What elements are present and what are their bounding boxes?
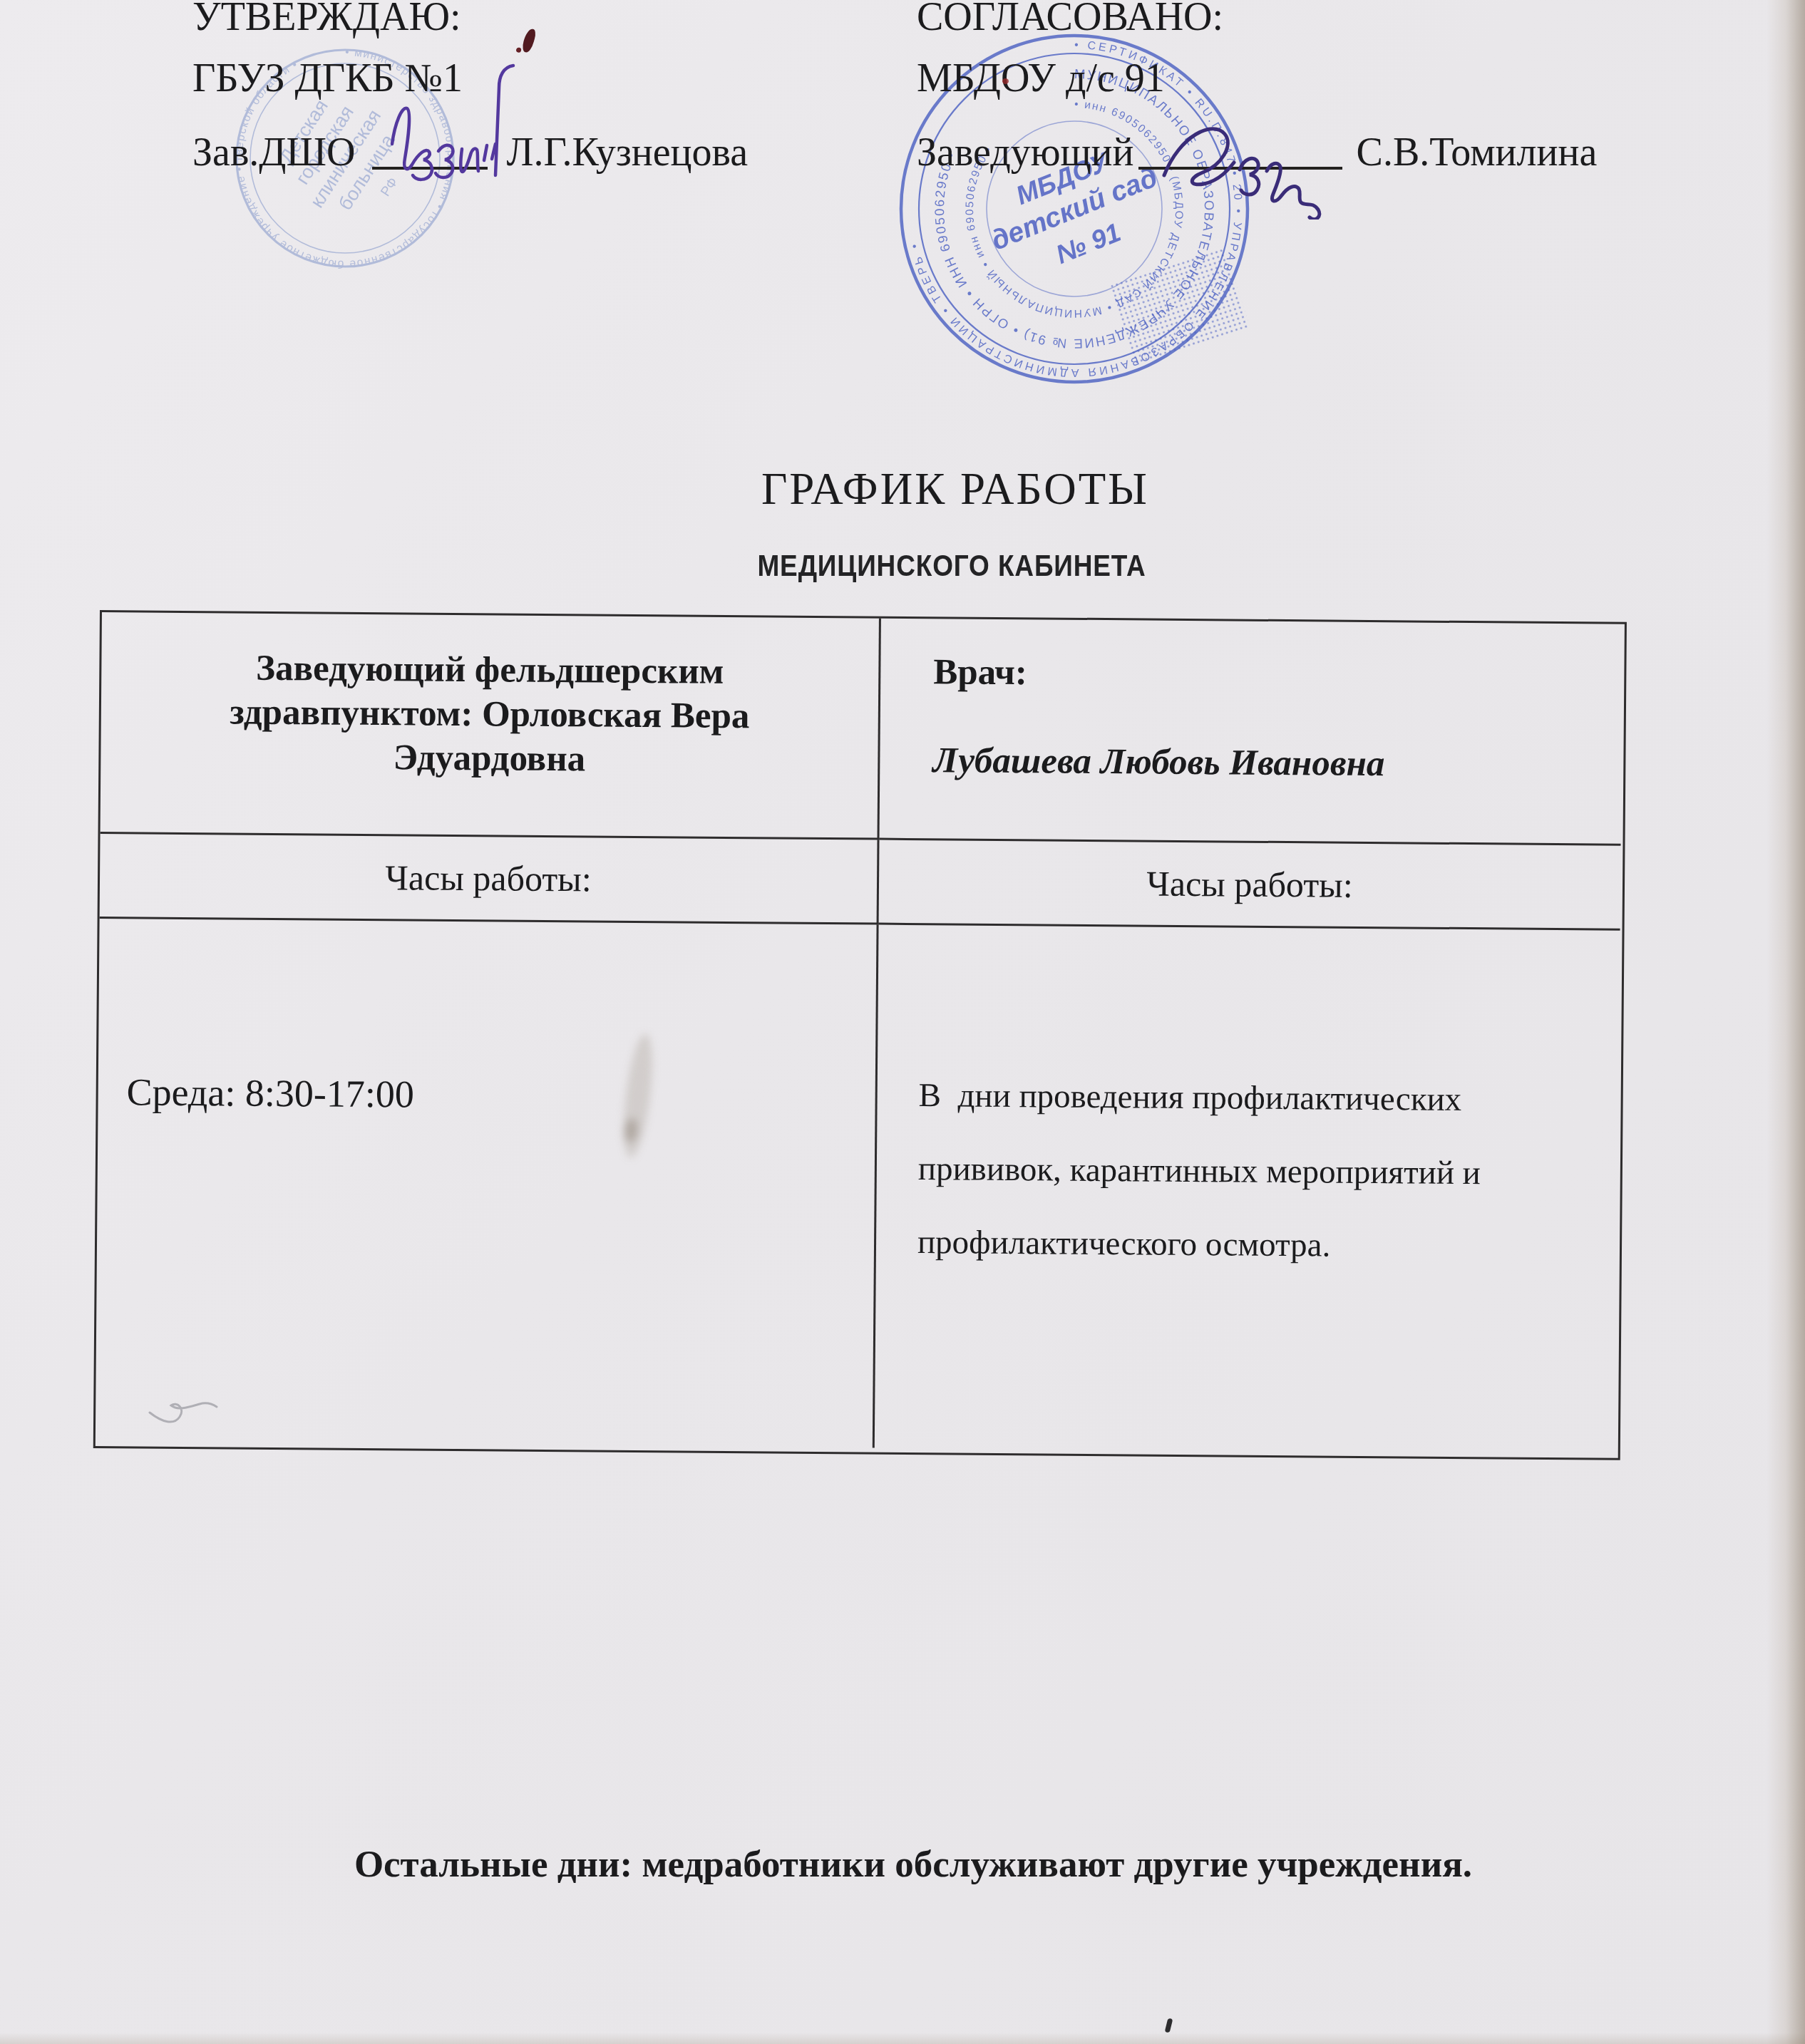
schedule-table: Заведующий фельдшерским здравпунктом: Ор…: [93, 610, 1627, 1460]
doctor-hours-line: прививок, карантинных мероприятий и: [917, 1132, 1588, 1211]
ink-mark: [1165, 2018, 1173, 2033]
doctor-role-label: Врач:: [933, 651, 1622, 698]
feldsher-header-line: Эдуардовна: [101, 733, 878, 784]
document-title: ГРАФИК РАБОТЫ: [761, 463, 1149, 515]
handwritten-signature-left: [371, 58, 528, 190]
agree-role-right: Заведующий: [917, 130, 1134, 175]
handwritten-signature-right: [1151, 105, 1387, 220]
scanned-document-page: • министерство здравоохранения • государ…: [0, 0, 1805, 2044]
signature-bracket-stroke: [495, 66, 513, 175]
document-subtitle: МЕДИЦИНСКОГО КАБИНЕТА: [726, 549, 1178, 584]
agree-org-right: МБДОУ д/с 91: [917, 57, 1165, 100]
ink-speck-small: [1002, 78, 1009, 84]
agree-name-right: С.В.Томилина: [1357, 130, 1598, 175]
approve-name-left: Л.Г.Кузнецова: [506, 130, 748, 175]
agree-heading-right: СОГЛАСОВАНО:: [917, 0, 1223, 38]
scanner-edge-shadow-right: [1767, 0, 1805, 2044]
doctor-name: Лубашева Любовь Ивановна: [932, 740, 1621, 787]
footer-note: Остальные дни: медработники обслуживают …: [354, 1843, 1472, 1886]
doctor-hours-value: В дни проведения профилактических привив…: [875, 925, 1620, 1454]
table-header-doctor: Врач: Лубашева Любовь Ивановна: [880, 619, 1623, 846]
scanner-edge-shadow-bottom: [0, 2033, 1805, 2044]
doctor-hours-line: профилактического осмотра.: [917, 1206, 1588, 1284]
approve-role-left: Зав.ДШО: [192, 130, 355, 175]
doctor-hours-line: В дни проведения профилактических: [918, 1059, 1589, 1137]
feldsher-header-line: здравпунктом: Орловская Вера: [101, 689, 878, 740]
pencil-squiggle: [143, 1368, 228, 1433]
feldsher-header-line: Заведующий фельдшерским: [101, 645, 878, 696]
ink-speck: [521, 28, 537, 53]
approve-heading-left: УТВЕРЖДАЮ:: [192, 0, 461, 38]
hours-label-doctor: Часы работы:: [879, 840, 1621, 931]
hours-label-feldsher: Часы работы:: [100, 834, 880, 925]
table-header-feldsher: Заведующий фельдшерским здравпунктом: Ор…: [101, 612, 881, 840]
